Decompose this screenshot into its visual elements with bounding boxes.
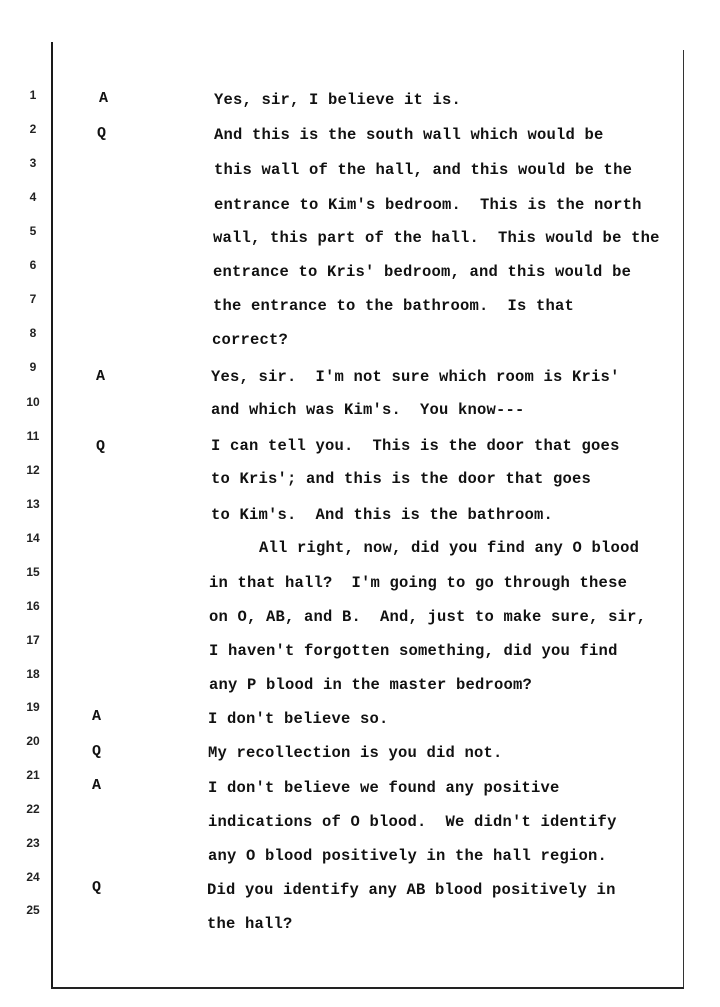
transcript-line: I can tell you. This is the door that go… [211,437,620,455]
transcript-line: any P blood in the master bedroom? [209,676,532,694]
transcript-line: any O blood positively in the hall regio… [208,847,607,865]
line-number: 24 [24,870,42,884]
transcript-line: Did you identify any AB blood positively… [207,881,616,899]
transcript-line: Yes, sir, I believe it is. [214,91,461,109]
transcript-line: correct? [212,331,288,349]
transcript-line: this wall of the hall, and this would be… [214,161,632,179]
line-number: 4 [24,190,42,204]
line-number: 14 [24,531,42,545]
transcript-line: indications of O blood. We didn't identi… [208,813,617,831]
line-number: 7 [24,292,42,306]
right-margin-rule [683,50,684,989]
transcript-line: to Kris'; and this is the door that goes [211,470,591,488]
line-number: 6 [24,258,42,272]
transcript-line: And this is the south wall which would b… [214,126,604,144]
left-margin-rule [51,42,53,989]
speaker-label: A [96,368,116,385]
transcript-line: I don't believe we found any positive [208,779,560,797]
transcript-line: I haven't forgotten something, did you f… [209,642,618,660]
line-number: 10 [24,395,42,409]
speaker-label: Q [92,879,112,896]
transcript-line: on O, AB, and B. And, just to make sure,… [209,608,646,626]
line-number: 18 [24,667,42,681]
transcript-line: Yes, sir. I'm not sure which room is Kri… [211,368,620,386]
line-number: 17 [24,633,42,647]
line-number: 9 [24,360,42,374]
transcript-line: the hall? [207,915,293,933]
transcript-line: and which was Kim's. You know--- [211,401,525,419]
line-number: 19 [24,700,42,714]
bottom-margin-rule [51,987,684,989]
speaker-label: A [92,777,112,794]
transcript-line: All right, now, did you find any O blood [221,539,639,557]
line-number: 1 [24,88,42,102]
line-number: 16 [24,599,42,613]
line-number: 20 [24,734,42,748]
speaker-label: Q [92,743,112,760]
transcript-line: entrance to Kim's bedroom. This is the n… [214,196,642,214]
line-number: 11 [24,429,42,443]
transcript-page: 1 2 3 4 5 6 7 8 9 10 11 12 13 14 15 16 1… [0,0,720,1007]
line-number: 21 [24,768,42,782]
line-number: 12 [24,463,42,477]
line-number: 8 [24,326,42,340]
transcript-line: I don't believe so. [208,710,389,728]
line-number: 3 [24,156,42,170]
transcript-line: the entrance to the bathroom. Is that [213,297,574,315]
transcript-line: to Kim's. And this is the bathroom. [211,506,553,524]
transcript-line: wall, this part of the hall. This would … [213,229,660,247]
transcript-line: entrance to Kris' bedroom, and this woul… [213,263,631,281]
speaker-label: Q [97,125,117,142]
line-number: 15 [24,565,42,579]
line-number: 2 [24,122,42,136]
line-number: 23 [24,836,42,850]
transcript-line: My recollection is you did not. [208,744,503,762]
transcript-line: in that hall? I'm going to go through th… [209,574,627,592]
speaker-label: Q [96,438,116,455]
line-number: 5 [24,224,42,238]
speaker-label: A [99,90,119,107]
speaker-label: A [92,708,112,725]
line-number: 25 [24,903,42,917]
line-number: 22 [24,802,42,816]
line-number: 13 [24,497,42,511]
